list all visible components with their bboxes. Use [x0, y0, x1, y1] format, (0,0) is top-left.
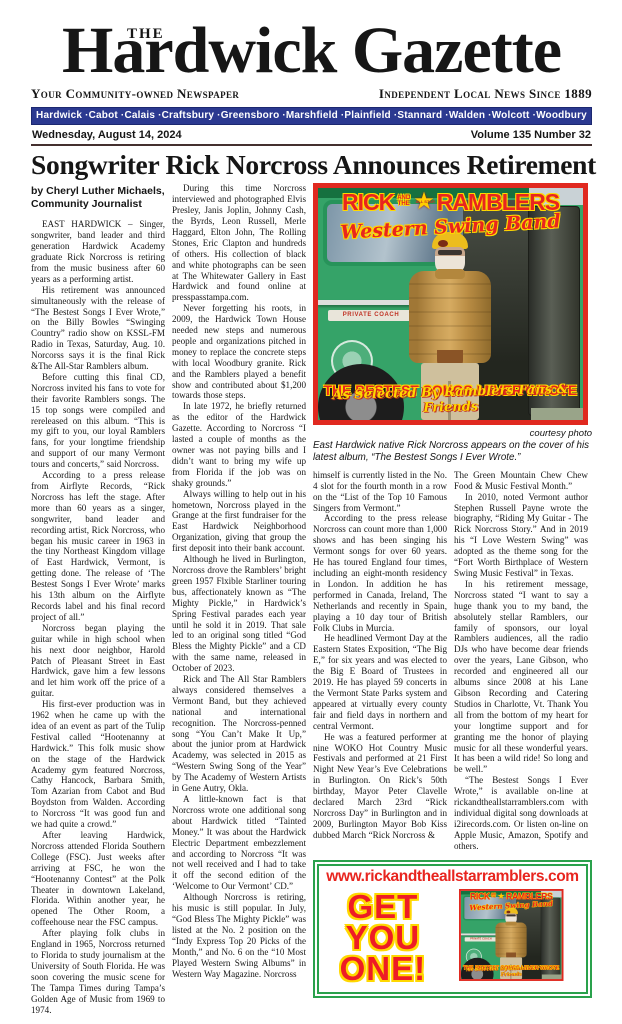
- article-headline: Songwriter Rick Norcross Announces Retir…: [31, 150, 592, 180]
- towns-bar: Hardwick ·Cabot ·Calais ·Craftsbury ·Gre…: [31, 107, 592, 125]
- paragraph: himself is currently listed in the No. 4…: [313, 470, 447, 514]
- paragraph: In late 1972, he briefly returned as the…: [172, 401, 306, 488]
- ramblers-advertisement: www.rickandtheallstarramblers.com GET YO…: [313, 860, 592, 998]
- newspaper-title: Hardwick Gazette: [31, 18, 592, 84]
- article-column-2: During this time Norcross interviewed an…: [172, 183, 306, 979]
- paragraph: The Green Mountain Chew Chew Food & Musi…: [454, 470, 588, 492]
- band-name-lettering: RICK AND THE ★ALL STAR RAMBLERS: [318, 191, 583, 213]
- paragraph: Norcross began playing the guitar while …: [31, 623, 165, 699]
- tagline-right: Independent Local News Since 1889: [379, 86, 592, 102]
- paragraph: Never forgetting his roots, in 2009, the…: [172, 303, 306, 401]
- photo-credit: courtesy photo: [313, 428, 592, 439]
- paragraph: Rick and The All Star Ramblers always co…: [172, 674, 306, 794]
- article-body: by Cheryl Luther Michaels, Community Jou…: [31, 183, 592, 1015]
- issue-date: Wednesday, August 14, 2024: [32, 129, 182, 141]
- paragraph: Although he lived in Burlington, Norcros…: [172, 554, 306, 674]
- ad-slogan: GET YOU ONE!: [340, 891, 427, 984]
- masthead-the: THE: [127, 26, 165, 43]
- paragraph: In his retirement message, Norcross stat…: [454, 579, 588, 775]
- dateline: Wednesday, August 14, 2024 Volume 135 Nu…: [31, 125, 592, 146]
- paragraph: EAST HARDWICK – Singer, songwriter, band…: [31, 219, 165, 284]
- ad-mini-album-cover: PRIVATE COACH: [459, 889, 565, 987]
- paragraph: His first-ever production was in 1962 wh…: [31, 699, 165, 830]
- article-column-1: by Cheryl Luther Michaels, Community Jou…: [31, 183, 165, 1015]
- photo-and-right-columns: PRIVATE COACH RICK AND THE ★ALL ST: [313, 183, 592, 997]
- bus-sign: PRIVATE COACH: [328, 310, 414, 321]
- paragraph: He headlined Vermont Day at the Eastern …: [313, 633, 447, 731]
- paragraph: After leaving Hardwick, Norcross attende…: [31, 830, 165, 928]
- paragraph: A little-known fact is that Norcross wro…: [172, 794, 306, 892]
- star-icon: ★: [497, 892, 505, 900]
- album-cover-photo: PRIVATE COACH RICK AND THE ★ALL ST: [313, 183, 588, 425]
- paragraph: In 2010, noted Vermont author Stephen Ru…: [454, 492, 588, 579]
- paragraph: According to a press release from Airfly…: [31, 470, 165, 623]
- paragraph: During this time Norcross interviewed an…: [172, 183, 306, 303]
- masthead-taglines: Your Community-owned Newspaper Independe…: [31, 86, 592, 102]
- paragraph: After playing folk clubs in England in 1…: [31, 928, 165, 1015]
- star-icon: ★ALL STAR: [413, 191, 435, 213]
- masthead: THE Hardwick Gazette Your Community-owne…: [31, 18, 592, 102]
- tagline-left: Your Community-owned Newspaper: [31, 86, 239, 102]
- photo-caption: East Hardwick native Rick Norcross appea…: [313, 440, 592, 463]
- paragraph: His retirement was announced simultaneou…: [31, 285, 165, 372]
- newspaper-front-page: THE Hardwick Gazette Your Community-owne…: [0, 0, 622, 1024]
- ad-website-url: www.rickandtheallstarramblers.com: [323, 868, 582, 886]
- paragraph: Although Norcross is retiring, his music…: [172, 892, 306, 979]
- paragraph: He was a featured performer at nine WOKO…: [313, 732, 447, 841]
- paragraph: “The Bestest Songs I Ever Wrote,” is ava…: [454, 775, 588, 851]
- article-column-3: himself is currently listed in the No. 4…: [313, 470, 447, 841]
- byline: by Cheryl Luther Michaels, Community Jou…: [31, 185, 165, 210]
- paragraph: Before cutting this final CD, Norcross i…: [31, 372, 165, 470]
- volume-number: Volume 135 Number 32: [471, 129, 591, 141]
- article-column-4: The Green Mountain Chew Chew Food & Musi…: [454, 470, 588, 852]
- paragraph: Always willing to help out in his hometo…: [172, 489, 306, 554]
- paragraph: According to the press release Norcross …: [313, 513, 447, 633]
